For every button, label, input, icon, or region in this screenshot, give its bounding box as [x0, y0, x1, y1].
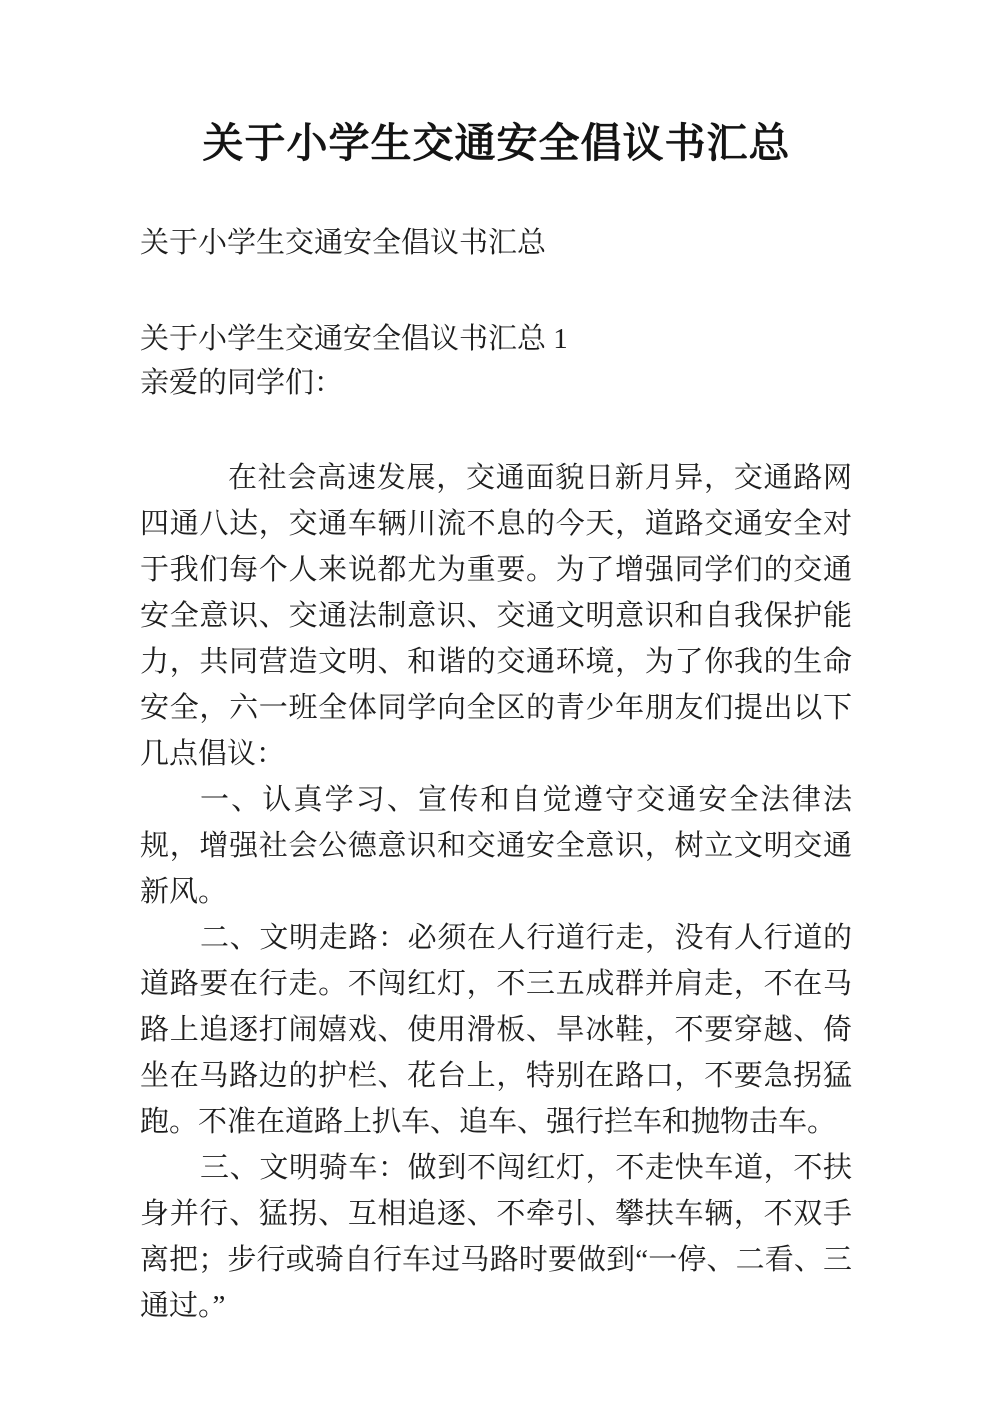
document-page: 关于小学生交通安全倡议书汇总 关于小学生交通安全倡议书汇总 关于小学生交通安全倡… — [0, 0, 993, 1404]
document-title: 关于小学生交通安全倡议书汇总 — [0, 121, 993, 165]
paragraph-intro: 在社会高速发展，交通面貌日新月异，交通路网四通八达，交通车辆川流不息的今天，道路… — [140, 455, 852, 777]
document-subtitle: 关于小学生交通安全倡议书汇总 — [140, 220, 852, 266]
paragraph-item-2: 二、文明走路：必须在人行道行走，没有人行道的道路要在行走。不闯红灯，不三五成群并… — [140, 915, 852, 1145]
paragraph-item-3: 三、文明骑车：做到不闯红灯，不走快车道，不扶身并行、猛拐、互相追逐、不牵引、攀扶… — [140, 1145, 852, 1329]
document-body: 在社会高速发展，交通面貌日新月异，交通路网四通八达，交通车辆川流不息的今天，道路… — [140, 455, 852, 1329]
section-heading: 关于小学生交通安全倡议书汇总 1 — [140, 316, 852, 362]
salutation: 亲爱的同学们： — [140, 360, 852, 406]
paragraph-item-1: 一、认真学习、宣传和自觉遵守交通安全法律法规，增强社会公德意识和交通安全意识，树… — [140, 777, 852, 915]
